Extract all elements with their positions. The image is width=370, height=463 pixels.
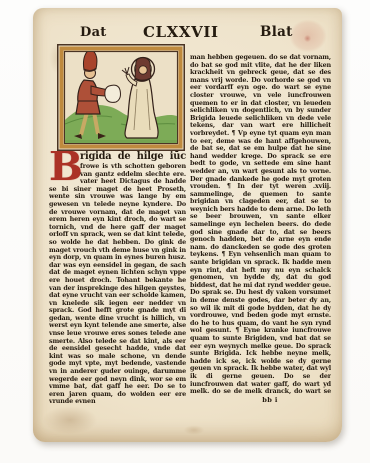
corner-wear-stain (35, 402, 105, 438)
photo-background: Dat CLXXVII Blat (0, 0, 370, 463)
right-column-text: man hebben gegeuen. do se dat vornam, do… (190, 54, 331, 396)
opening-line: rigida de hilge iūc (80, 151, 186, 162)
left-column-text: frowe is vth schotten geboren van gantz … (49, 162, 186, 403)
folio-number: CLXXVII (143, 23, 219, 41)
red-hat (83, 50, 96, 71)
gift-pouch (105, 85, 121, 102)
woodcut-svg (57, 44, 185, 151)
rubricated-initial: B (49, 152, 78, 182)
foxing-stain (181, 424, 207, 436)
header-word-blat: Blat (260, 24, 293, 40)
quire-signature: bb i (240, 396, 300, 404)
text-column-left: Brigida de hilge iūc frowe is vth schott… (49, 151, 186, 403)
text-column-right: man hebben gegeuen. do se dat vornam, do… (190, 54, 331, 396)
woodcut-illustration (57, 44, 185, 151)
red-stain-dot (303, 34, 312, 43)
header-word-dat: Dat (80, 25, 107, 40)
